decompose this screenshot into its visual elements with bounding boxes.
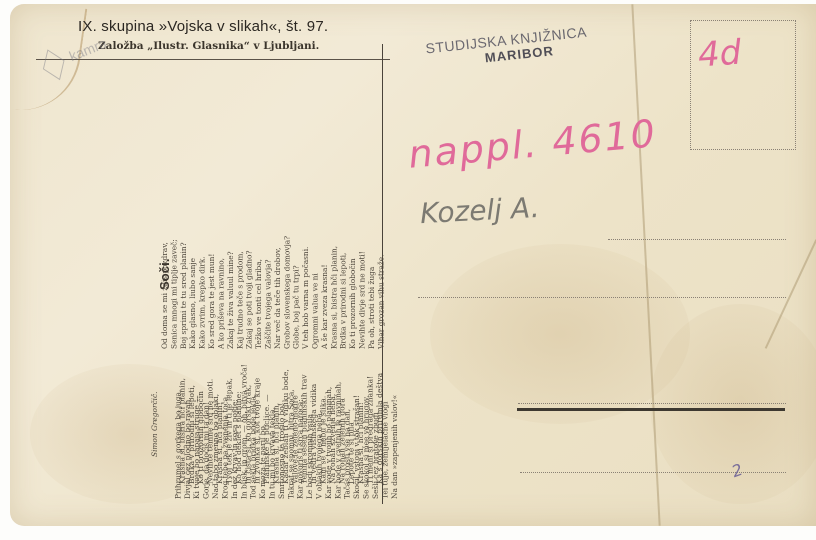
poem-line: Zaščite tvojega valovja? bbox=[263, 209, 272, 349]
poem-line: Ogromni valua ve ni bbox=[311, 209, 320, 349]
address-line-2 bbox=[418, 297, 786, 298]
poem-line: Nevihte divje srd ne moti! bbox=[358, 209, 367, 349]
poem-line: Krasna si, bistra hči planin, bbox=[329, 209, 338, 349]
poem-line: Boj sprimi te tu sred planin? bbox=[179, 209, 188, 349]
address-line-4 bbox=[520, 472, 786, 473]
poem-line: Nad tabo zmenno bo oblaki, bbox=[211, 349, 220, 499]
handwritten-inventory-number: nappl. 4610 bbox=[407, 111, 659, 177]
poem-line: Ko moža te paril bo, bbox=[258, 349, 267, 499]
pencil-name: Kozelj A. bbox=[419, 191, 540, 230]
poem-line: Se skokol si mee ve hrugov, bbox=[362, 349, 371, 499]
poem-line: Krog tebe pa zvenenja toča, bbox=[220, 349, 229, 499]
postcard-back: IX. skupina »Vojska v slikah«, št. 97. Z… bbox=[10, 4, 816, 526]
publisher-line: Založba „Ilustr. Glasnika“ v Ljubljani. bbox=[98, 40, 319, 52]
poem-column-2: Od doma se mi zdis pozdrav, Senica mnogi… bbox=[160, 209, 380, 349]
poem-line: Kaj trudno teče s prodom, bbox=[235, 209, 244, 349]
poem-line: Ki tvoje bo napaja struge — bbox=[192, 349, 201, 499]
poem-line: In blisk, in grom, — oh, bitva vroča! bbox=[239, 349, 248, 499]
poem-line: Tod sekla bridka bode jekla, bbox=[249, 349, 258, 499]
address-underline bbox=[517, 408, 785, 411]
address-line-1 bbox=[608, 239, 786, 240]
poem-line: Kar govoriš ti srca naroča: bbox=[296, 349, 305, 499]
poem-line: V teh hob varna m počasni. bbox=[301, 209, 310, 349]
poem-line: Grobov slovenskega domovja? bbox=[282, 209, 291, 349]
poem-line: Vihar grozan vihu straže. bbox=[376, 209, 385, 349]
poem-line: Brdka v prirodni si lepoti, bbox=[339, 209, 348, 349]
poem-line: Prihrumel s gorkega bo juga, bbox=[173, 349, 182, 499]
poem-line: Zakaj te živa valuul mine? bbox=[226, 209, 235, 349]
poem-line: Tačas prosti vse na dan, bbox=[343, 349, 352, 499]
poem-line: Ko ti prozornih globočin bbox=[348, 209, 357, 349]
poem-line: Le bodi skromnih vsila bbox=[305, 349, 314, 499]
poem-line: Kako glasno, liubo sanje bbox=[188, 209, 197, 349]
poem-line: In tu mi bo krvava tekla, bbox=[267, 349, 276, 499]
poem-line: Sešli čez bratove zbugi bbox=[371, 349, 380, 499]
poem-line: Gorje, da dočiš mi ta dan! bbox=[202, 349, 211, 499]
poem-line: Skočil, vstopi v tok strašan! bbox=[352, 349, 361, 499]
poem-line: In dež krvav in sosa pojde; bbox=[230, 349, 239, 499]
poem-line: Pa oh, stroti tebi žuga bbox=[367, 209, 376, 349]
poem-line: Težko ve tonti cel hriba, bbox=[254, 209, 263, 349]
poem-line: Kar bode v cvetnih je ravninah, bbox=[333, 349, 342, 499]
poem-line: Smrtonosno te trosilo bo! bbox=[277, 349, 286, 499]
poem-line: Nar več da teče tih drobov, bbox=[273, 209, 282, 349]
poem-line: Od doma se mi zdis pozdrav, bbox=[160, 209, 169, 349]
poem-line: Takrat se spomni, hitra Soča, bbox=[286, 349, 295, 499]
poem-line: A še kar zveza krasna! bbox=[320, 209, 329, 349]
library-stamp: STUDIJSKA KNJIŽNICA MARIBOR bbox=[425, 24, 589, 72]
poem-line: Senica mnogi mi tiplje zaveč; bbox=[169, 209, 178, 349]
poem-line: Tei tuje, zemljelačne vlogi bbox=[380, 349, 389, 499]
poem-line: Kako zvrim, krepko dirk. bbox=[198, 209, 207, 349]
poem-line: Ko sred gora te jest mun! bbox=[207, 209, 216, 349]
series-title: IX. skupina »Vojska v slikah«, št. 97. bbox=[78, 18, 328, 35]
poem-line: V oblakih tvojega neba, bbox=[315, 349, 324, 499]
poem-column-3: Simon Gregorčič. Prihrumel s gorkega bo … bbox=[150, 349, 380, 499]
poem-line: A ko priševa na ravnino, bbox=[216, 209, 225, 349]
poem-line: Zakaj se poti tvoji gladno? bbox=[245, 209, 254, 349]
poem-line: Divjal čez plodno bo ravan, bbox=[183, 349, 192, 499]
address-line-3 bbox=[518, 403, 786, 404]
poem-line: Kar vode v tvojih bo planinah, bbox=[324, 349, 333, 499]
poem-author: Simon Gregorčič. bbox=[150, 349, 159, 499]
poem-line: Globe, boj pač tu trpi? bbox=[292, 209, 301, 349]
poem-line: Na dan »zapenjenih valov!« bbox=[390, 349, 399, 499]
handwritten-4d: 4d bbox=[697, 33, 743, 76]
